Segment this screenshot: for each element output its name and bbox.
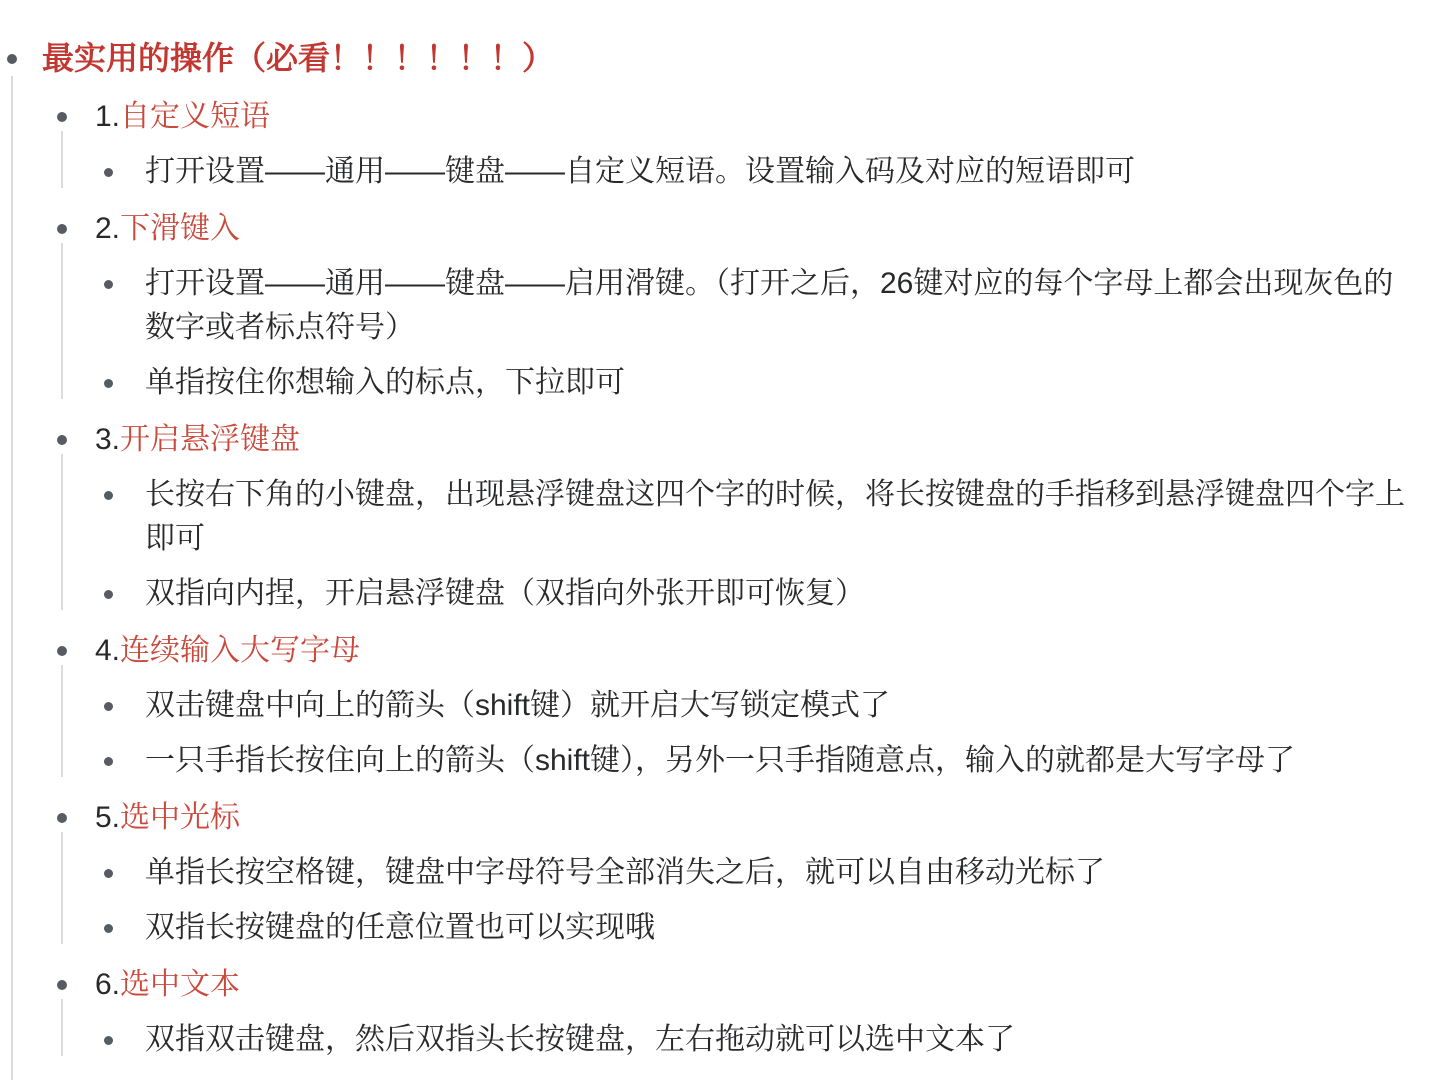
section-gutter: [42, 796, 95, 950]
point-text[interactable]: 双击键盘中向上的箭头（shift键）就开启大写锁定模式了: [145, 684, 890, 728]
point-bullet-icon[interactable]: [104, 590, 113, 599]
point-item: 打开设置——通用——键盘——自定义短语。设置输入码及对应的短语即可: [95, 150, 1440, 194]
point-item: 长按右下角的小键盘，出现悬浮键盘这四个字的时候，将长按键盘的手指移到悬浮键盘四个…: [95, 473, 1440, 561]
section-bullet-icon[interactable]: [57, 224, 67, 234]
section-gutter: [42, 207, 95, 405]
section-indent-guide: [61, 999, 63, 1056]
point-text[interactable]: 单指按住你想输入的标点，下拉即可: [145, 361, 625, 405]
point-bullet-icon[interactable]: [104, 869, 113, 878]
section-bullet-icon[interactable]: [57, 980, 67, 990]
section-gutter: [42, 963, 95, 1062]
point-item: 打开设置——通用——键盘——启用滑键。（打开之后，26键对应的每个字母上都会出现…: [95, 262, 1440, 350]
section-item: 3.开启悬浮键盘 长按右下角的小键盘，出现悬浮键盘这四个字的时候，将长按键盘的手…: [42, 418, 1440, 616]
point-item: 单指长按空格键，键盘中字母符号全部消失之后，就可以自由移动光标了: [95, 851, 1440, 895]
point-item: 双指向内捏，开启悬浮键盘（双指向外张开即可恢复）: [95, 572, 1440, 616]
section-item: 1.自定义短语 打开设置——通用——键盘——自定义短语。设置输入码及对应的短语即…: [42, 95, 1440, 194]
point-item: 双击键盘中向上的箭头（shift键）就开启大写锁定模式了: [95, 684, 1440, 728]
point-item: 双指双击键盘，然后双指头长按键盘，左右拖动就可以选中文本了: [95, 1018, 1440, 1062]
section-number: 3.: [95, 423, 120, 456]
section-title[interactable]: 5.选中光标: [95, 796, 1440, 840]
section-indent-guide: [61, 454, 63, 610]
section-bullet-icon[interactable]: [57, 646, 67, 656]
section-gutter: [42, 95, 95, 194]
point-bullet-icon[interactable]: [104, 280, 113, 289]
section-title[interactable]: 4.连续输入大写字母: [95, 629, 1440, 673]
section-bullet-icon[interactable]: [57, 435, 67, 445]
section-bullet-icon[interactable]: [57, 112, 67, 122]
section-title-text: 自定义短语: [120, 100, 270, 133]
point-text[interactable]: 双指向内捏，开启悬浮键盘（双指向外张开即可恢复）: [145, 572, 865, 616]
section-title[interactable]: 3.开启悬浮键盘: [95, 418, 1440, 462]
point-bullet-icon[interactable]: [104, 168, 113, 177]
section-item: 6.选中文本 双指双击键盘，然后双指头长按键盘，左右拖动就可以选中文本了: [42, 963, 1440, 1062]
section-indent-guide: [61, 243, 63, 399]
outline-root-item: 最实用的操作（必看！！！！！！） 1.自定义短语 打开设置——通用——键盘——自…: [0, 36, 1440, 1080]
point-bullet-icon[interactable]: [104, 491, 113, 500]
section-indent-guide: [61, 665, 63, 777]
section-number: 6.: [95, 968, 120, 1001]
section-title-text: 选中文本: [120, 968, 240, 1001]
point-item: 一只手指长按住向上的箭头（shift键），另外一只手指随意点，输入的就都是大写字…: [95, 739, 1440, 783]
root-indent-guide: [11, 76, 13, 1080]
section-title-text: 开启悬浮键盘: [120, 423, 300, 456]
section-indent-guide: [61, 131, 63, 188]
point-text[interactable]: 一只手指长按住向上的箭头（shift键），另外一只手指随意点，输入的就都是大写字…: [145, 739, 1295, 783]
section-title-text: 下滑键入: [120, 212, 240, 245]
section-number: 1.: [95, 100, 120, 133]
section-title-text: 连续输入大写字母: [120, 634, 360, 667]
point-bullet-icon[interactable]: [104, 757, 113, 766]
point-text[interactable]: 单指长按空格键，键盘中字母符号全部消失之后，就可以自由移动光标了: [145, 851, 1105, 895]
section-list: 1.自定义短语 打开设置——通用——键盘——自定义短语。设置输入码及对应的短语即…: [42, 95, 1440, 1062]
section-number: 5.: [95, 801, 120, 834]
point-text[interactable]: 打开设置——通用——键盘——启用滑键。（打开之后，26键对应的每个字母上都会出现…: [145, 262, 1417, 350]
point-item: 双指长按键盘的任意位置也可以实现哦: [95, 906, 1440, 950]
section-gutter: [42, 629, 95, 783]
section-number: 4.: [95, 634, 120, 667]
section-item: 5.选中光标 单指长按空格键，键盘中字母符号全部消失之后，就可以自由移动光标了 …: [42, 796, 1440, 950]
section-number: 2.: [95, 212, 120, 245]
point-text[interactable]: 双指长按键盘的任意位置也可以实现哦: [145, 906, 655, 950]
outline-heading[interactable]: 最实用的操作（必看！！！！！！）: [42, 36, 1440, 80]
point-bullet-icon[interactable]: [104, 702, 113, 711]
point-bullet-icon[interactable]: [104, 1036, 113, 1045]
section-gutter: [42, 418, 95, 616]
section-item: 2.下滑键入 打开设置——通用——键盘——启用滑键。（打开之后，26键对应的每个…: [42, 207, 1440, 405]
point-item: 单指按住你想输入的标点，下拉即可: [95, 361, 1440, 405]
root-bullet-icon[interactable]: [7, 54, 17, 64]
point-text[interactable]: 长按右下角的小键盘，出现悬浮键盘这四个字的时候，将长按键盘的手指移到悬浮键盘四个…: [145, 473, 1417, 561]
section-title[interactable]: 6.选中文本: [95, 963, 1440, 1007]
section-item: 4.连续输入大写字母 双击键盘中向上的箭头（shift键）就开启大写锁定模式了 …: [42, 629, 1440, 783]
section-title[interactable]: 2.下滑键入: [95, 207, 1440, 251]
root-gutter: [0, 36, 42, 1080]
point-bullet-icon[interactable]: [104, 379, 113, 388]
point-text[interactable]: 打开设置——通用——键盘——自定义短语。设置输入码及对应的短语即可: [145, 150, 1135, 194]
section-title[interactable]: 1.自定义短语: [95, 95, 1440, 139]
notes-page: 最实用的操作（必看！！！！！！） 1.自定义短语 打开设置——通用——键盘——自…: [0, 0, 1440, 1080]
section-indent-guide: [61, 832, 63, 944]
section-bullet-icon[interactable]: [57, 813, 67, 823]
point-text[interactable]: 双指双击键盘，然后双指头长按键盘，左右拖动就可以选中文本了: [145, 1018, 1015, 1062]
section-title-text: 选中光标: [120, 801, 240, 834]
point-bullet-icon[interactable]: [104, 924, 113, 933]
